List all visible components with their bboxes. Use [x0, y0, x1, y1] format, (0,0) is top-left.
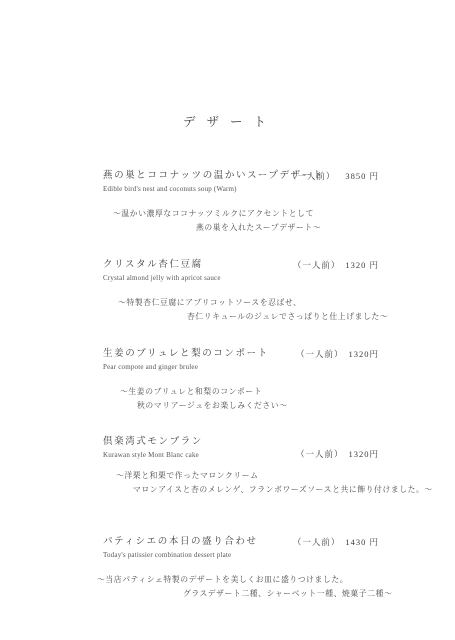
description-line-1: ～洋栗と和栗で作ったマロンクリーム — [116, 469, 379, 483]
menu-item-dessert-plate: パティシエの本日の盛り合わせ Today's patissier combina… — [103, 536, 379, 601]
serving-label: （一人前） — [296, 449, 344, 459]
item-price: （一人前）3850 円 — [288, 170, 379, 182]
item-description: ～洋栗と和栗で作ったマロンクリーム マロンアイスと杏のメレンゲ、フランボワーズソ… — [103, 469, 379, 497]
item-header: クリスタル杏仁豆腐 Crystal almond jelly with apri… — [103, 259, 379, 283]
menu-item-ginger-brulee: 生姜のブリュレと梨のコンポート Pear compote and ginger … — [103, 348, 379, 413]
item-title-en: Crystal almond jelly with apricot sauce — [103, 274, 221, 283]
description-line-2: グラスデザート二種、シャーベット一種、焼菓子二種～ — [183, 587, 379, 601]
page-title: デザート — [0, 112, 455, 130]
description-line-2: 燕の巣を入れたスープデザート～ — [196, 221, 379, 235]
item-names: 生姜のブリュレと梨のコンポート Pear compote and ginger … — [103, 348, 269, 372]
item-names: 燕の巣とココナッツの温かいスープデザート Edible bird's nest … — [103, 170, 288, 194]
item-header: 生姜のブリュレと梨のコンポート Pear compote and ginger … — [103, 348, 379, 372]
item-names: クリスタル杏仁豆腐 Crystal almond jelly with apri… — [103, 259, 221, 283]
price-value: 1320円 — [348, 349, 379, 359]
item-price: （一人前）1320円 — [296, 448, 379, 460]
item-title-ja: 燕の巣とココナッツの温かいスープデザート — [103, 170, 288, 182]
item-description: ～生姜のブリュレと和梨のコンポート 秋のマリアージュをお楽しみください～ — [103, 385, 379, 413]
description-line-1: ～当店パティシェ特製のデザートを美しくお皿に盛りつけました。 — [97, 573, 379, 587]
item-price: （一人前）1430 円 — [293, 536, 379, 548]
item-title-en: Kurawan style Mont Blanc cake — [103, 451, 203, 460]
description-line-1: ～特製杏仁豆腐にアプリコットソースを忍ばせ、 — [118, 296, 379, 310]
item-title-en: Pear compote and ginger brulee — [103, 363, 269, 372]
serving-label: （一人前） — [296, 349, 344, 359]
description-line-2: 秋のマリアージュをお楽しみください～ — [137, 399, 379, 413]
serving-label: （一人前） — [293, 537, 341, 547]
serving-label: （一人前） — [293, 260, 341, 270]
item-title-en: Today's patissier combination dessert pl… — [103, 551, 258, 560]
item-names: パティシエの本日の盛り合わせ Today's patissier combina… — [103, 536, 258, 560]
item-description: ～当店パティシェ特製のデザートを美しくお皿に盛りつけました。 グラスデザート二種… — [103, 573, 379, 601]
menu-item-almond-jelly: クリスタル杏仁豆腐 Crystal almond jelly with apri… — [103, 259, 379, 324]
menu-item-mont-blanc: 倶楽湾式モンブラン Kurawan style Mont Blanc cake … — [103, 436, 379, 497]
menu-list: 燕の巣とココナッツの温かいスープデザート Edible bird's nest … — [103, 170, 379, 601]
item-names: 倶楽湾式モンブラン Kurawan style Mont Blanc cake — [103, 436, 203, 460]
item-title-ja: クリスタル杏仁豆腐 — [103, 259, 221, 271]
item-title-ja: 倶楽湾式モンブラン — [103, 436, 203, 448]
menu-item-birds-nest-soup: 燕の巣とココナッツの温かいスープデザート Edible bird's nest … — [103, 170, 379, 235]
item-price: （一人前）1320円 — [296, 348, 379, 360]
price-value: 1320円 — [348, 449, 379, 459]
price-value: 1430 円 — [345, 537, 379, 547]
item-title-en: Edible bird's nest and coconuts soup (Wa… — [103, 185, 288, 194]
item-title-ja: パティシエの本日の盛り合わせ — [103, 536, 258, 548]
price-value: 3850 円 — [345, 171, 379, 181]
item-header: パティシエの本日の盛り合わせ Today's patissier combina… — [103, 536, 379, 560]
price-value: 1320 円 — [345, 260, 379, 270]
item-header: 燕の巣とココナッツの温かいスープデザート Edible bird's nest … — [103, 170, 379, 194]
item-description: ～特製杏仁豆腐にアプリコットソースを忍ばせ、 杏仁リキュールのジュレでさっぱりと… — [103, 296, 379, 324]
item-price: （一人前）1320 円 — [293, 259, 379, 271]
item-header: 倶楽湾式モンブラン Kurawan style Mont Blanc cake … — [103, 436, 379, 460]
item-title-ja: 生姜のブリュレと梨のコンポート — [103, 348, 269, 360]
description-line-2: 杏仁リキュールのジュレでさっぱりと仕上げました～ — [187, 310, 379, 324]
item-description: ～温かい濃厚なココナッツミルクにアクセントとして 燕の巣を入れたスープデザート～ — [103, 207, 379, 235]
description-line-1: ～温かい濃厚なココナッツミルクにアクセントとして — [113, 207, 379, 221]
description-line-1: ～生姜のブリュレと和梨のコンポート — [120, 385, 379, 399]
description-line-2: マロンアイスと杏のメレンゲ、フランボワーズソースと共に飾り付けました。～ — [133, 483, 379, 497]
serving-label: （一人前） — [288, 171, 336, 181]
dessert-menu-page: デザート 燕の巣とココナッツの温かいスープデザート Edible bird's … — [0, 0, 455, 640]
